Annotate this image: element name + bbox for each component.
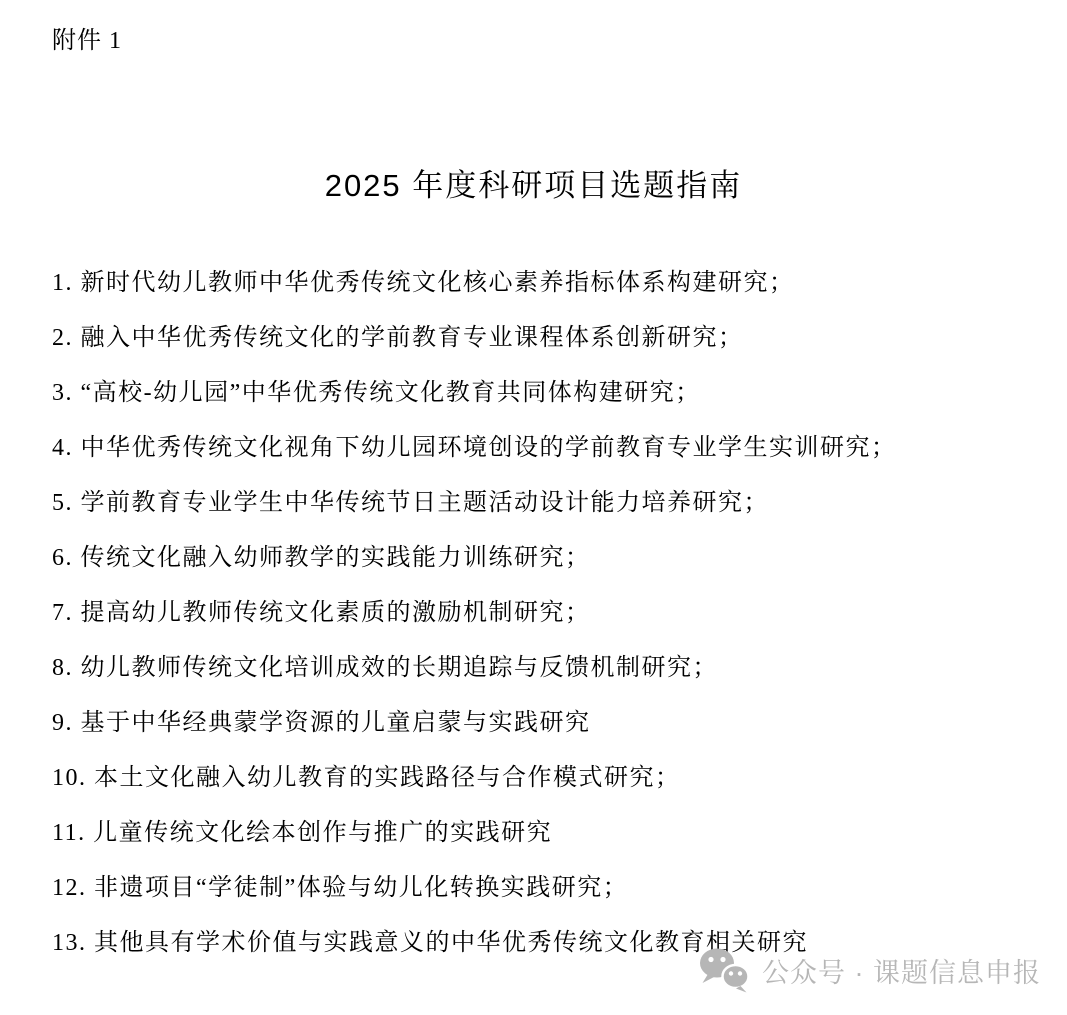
list-item: 7. 提高幼儿教师传统文化素质的激励机制研究； (52, 586, 1047, 641)
watermark-text: 公众号 · 课题信息申报 (762, 951, 1041, 990)
wechat-icon (698, 946, 750, 994)
list-item: 1. 新时代幼儿教师中华优秀传统文化核心素养指标体系构建研究； (52, 256, 1047, 311)
list-item: 10. 本土文化融入幼儿教育的实践路径与合作模式研究； (52, 751, 1047, 806)
list-item: 5. 学前教育专业学生中华传统节日主题活动设计能力培养研究； (52, 476, 1047, 531)
list-item: 3. “高校-幼儿园”中华优秀传统文化教育共同体构建研究； (52, 366, 1047, 421)
watermark: 公众号 · 课题信息申报 (698, 946, 1041, 994)
list-item: 12. 非遗项目“学徒制”体验与幼儿化转换实践研究； (52, 861, 1047, 916)
page-title: 2025 年度科研项目选题指南 (0, 160, 1067, 205)
list-item: 4. 中华优秀传统文化视角下幼儿园环境创设的学前教育专业学生实训研究； (52, 421, 1047, 476)
list-item: 11. 儿童传统文化绘本创作与推广的实践研究 (52, 806, 1047, 861)
topic-list: 1. 新时代幼儿教师中华优秀传统文化核心素养指标体系构建研究； 2. 融入中华优… (52, 256, 1047, 971)
list-item: 6. 传统文化融入幼师教学的实践能力训练研究； (52, 531, 1047, 586)
list-item: 9. 基于中华经典蒙学资源的儿童启蒙与实践研究 (52, 696, 1047, 751)
list-item: 8. 幼儿教师传统文化培训成效的长期追踪与反馈机制研究； (52, 641, 1047, 696)
list-item: 2. 融入中华优秀传统文化的学前教育专业课程体系创新研究； (52, 311, 1047, 366)
attachment-label: 附件 1 (52, 20, 122, 55)
document-page: 附件 1 2025 年度科研项目选题指南 1. 新时代幼儿教师中华优秀传统文化核… (0, 0, 1067, 1015)
